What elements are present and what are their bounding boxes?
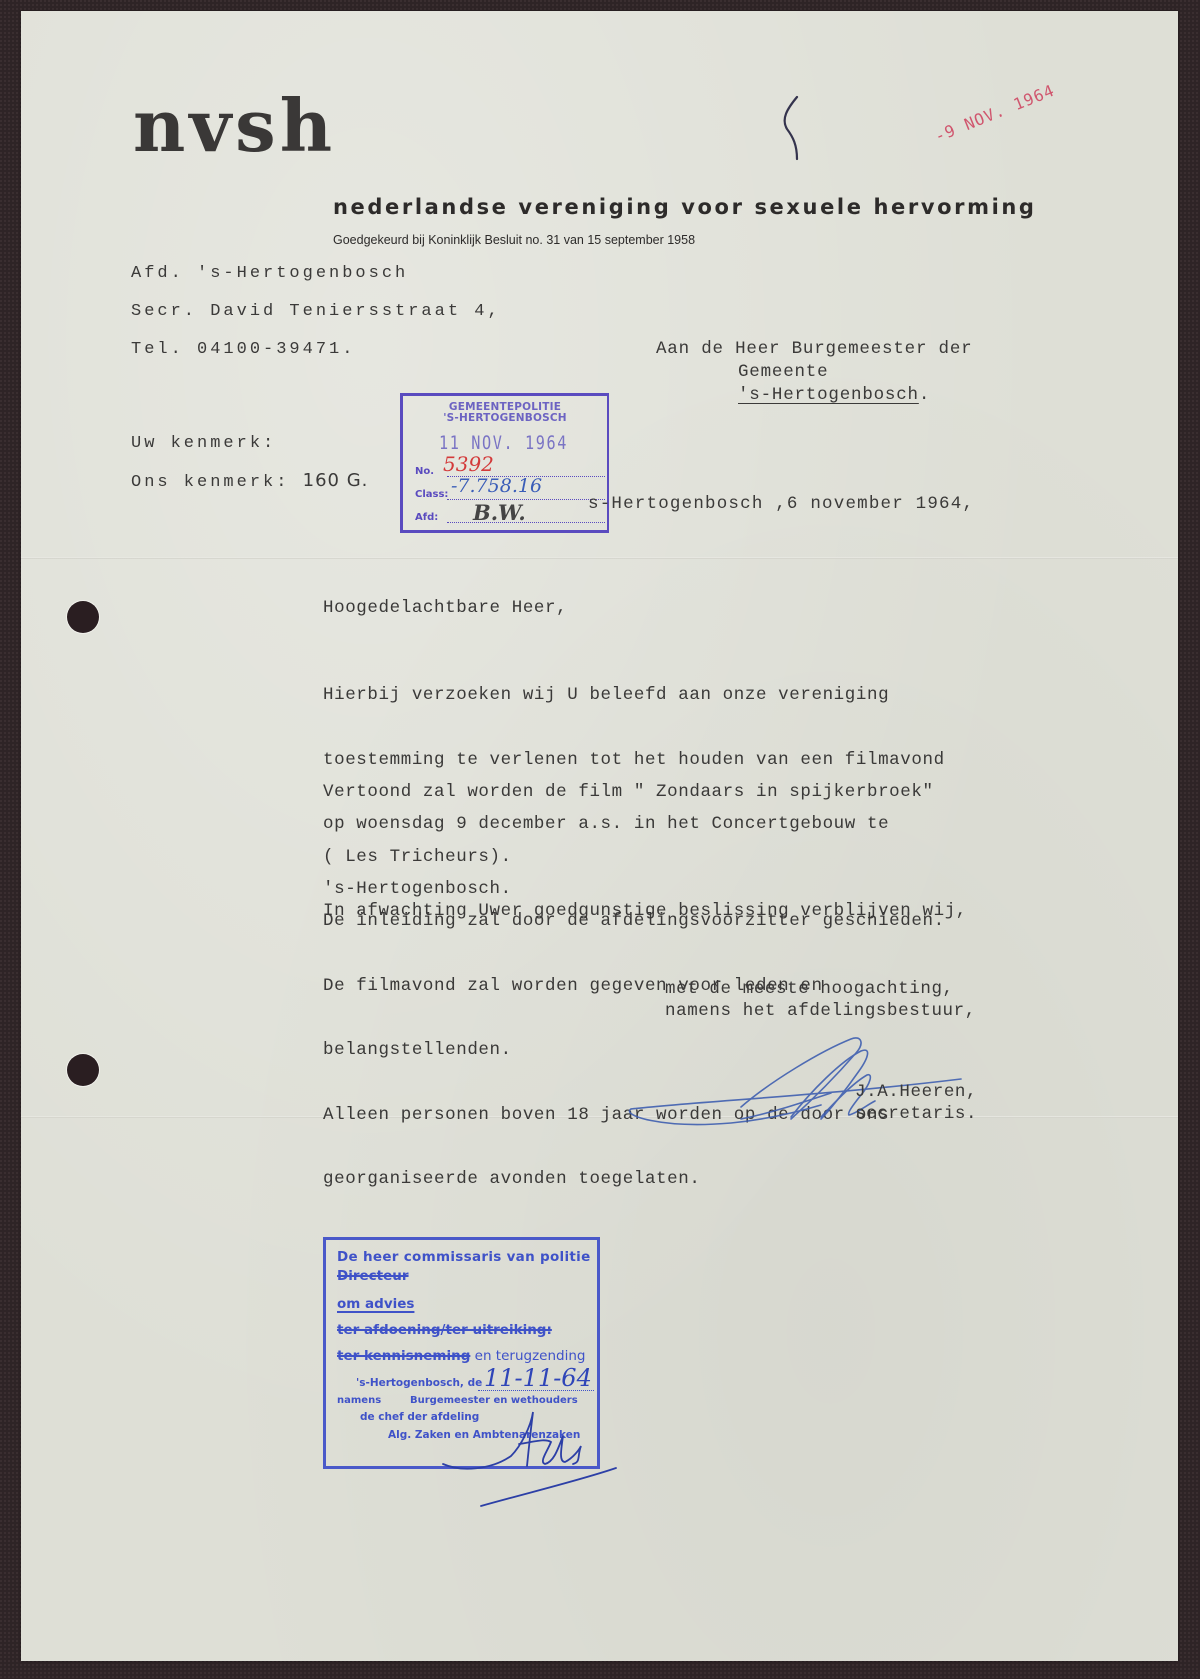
recipient-line-1: Aan de Heer Burgemeester der	[656, 339, 972, 359]
stamp-no-value: 5392	[443, 452, 494, 476]
stamp2-directeur-struck: Directeur	[337, 1268, 409, 1284]
recipient-city: 's-Hertogenbosch.	[738, 385, 930, 405]
stamp-date: 11 NOV. 1964	[439, 432, 568, 454]
place-and-date: s-Hertogenbosch ,6 november 1964,	[588, 494, 974, 514]
sender-telephone: Tel. 04100-39471.	[131, 340, 355, 359]
stamp2-om-advies: om advies	[337, 1296, 414, 1312]
punch-hole	[67, 601, 99, 633]
stamp2-place-label: 's-Hertogenbosch, de	[356, 1377, 482, 1389]
closing-line-1: met de meeste hoogachting,	[665, 979, 954, 1001]
signatory-name: J.A.Heeren,	[855, 1082, 977, 1104]
stamp2-namens-value: Burgemeester en wethouders	[410, 1395, 578, 1406]
received-date-stamp: -9 NOV. 1964	[932, 81, 1057, 146]
stamp2-afdoening-struck: ter afdoening/ter uitreiking:	[337, 1322, 552, 1338]
stamp-no-label: No.	[415, 466, 434, 477]
stamp-afd-label: Afd:	[415, 512, 438, 523]
initials-signature-icon	[441, 1406, 621, 1496]
fold-line	[21, 557, 1178, 559]
signatory-title: secretaris.	[855, 1104, 977, 1126]
recipient-city-name: 's-Hertogenbosch	[738, 385, 919, 405]
recipient-line-2: Gemeente	[738, 362, 828, 382]
your-reference-label: Uw kenmerk:	[131, 434, 276, 453]
royal-approval-line: Goedgekeurd bij Koninklijk Besluit no. 3…	[333, 233, 695, 247]
stamp2-kennisneming-line: ter kennisneming en terugzending	[337, 1348, 585, 1364]
stamp-afd-value: B.W.	[473, 500, 526, 525]
stamp-header-2: 'S-HERTOGENBOSCH	[403, 413, 607, 424]
stamp2-namens-label: namens	[337, 1395, 381, 1406]
sender-department: Afd. 's-Hertogenbosch	[131, 264, 408, 283]
org-logo: nvsh	[133, 83, 336, 168]
stamp-afd-line	[447, 522, 605, 523]
stamp2-date-handwritten: 11-11-64	[484, 1364, 592, 1392]
org-name: nederlandse vereniging voor sexuele herv…	[333, 195, 1037, 219]
police-registration-stamp: GEMEENTEPOLITIE 'S-HERTOGENBOSCH 11 NOV.…	[400, 393, 609, 533]
stamp-class-line	[447, 499, 605, 500]
handwritten-mark-icon	[777, 95, 817, 165]
salutation: Hoogedelachtbare Heer,	[323, 598, 567, 620]
stamp2-addressee: De heer commissaris van politie	[337, 1249, 591, 1265]
stamp-class-label: Class:	[415, 489, 448, 500]
stamp-class-value: -7.758.16	[451, 475, 542, 497]
sender-address: Secr. David Teniersstraat 4,	[131, 302, 501, 321]
our-reference: Ons kenmerk: 160 G.	[131, 470, 368, 492]
letter-page: nvsh nederlandse vereniging voor sexuele…	[21, 11, 1178, 1661]
our-reference-value: 160 G.	[303, 470, 369, 491]
closing-line-2: namens het afdelingsbestuur,	[665, 1001, 976, 1023]
paragraph-closing: In afwachting Uwer goedgunstige beslissi…	[323, 901, 967, 923]
punch-hole	[67, 1054, 99, 1086]
